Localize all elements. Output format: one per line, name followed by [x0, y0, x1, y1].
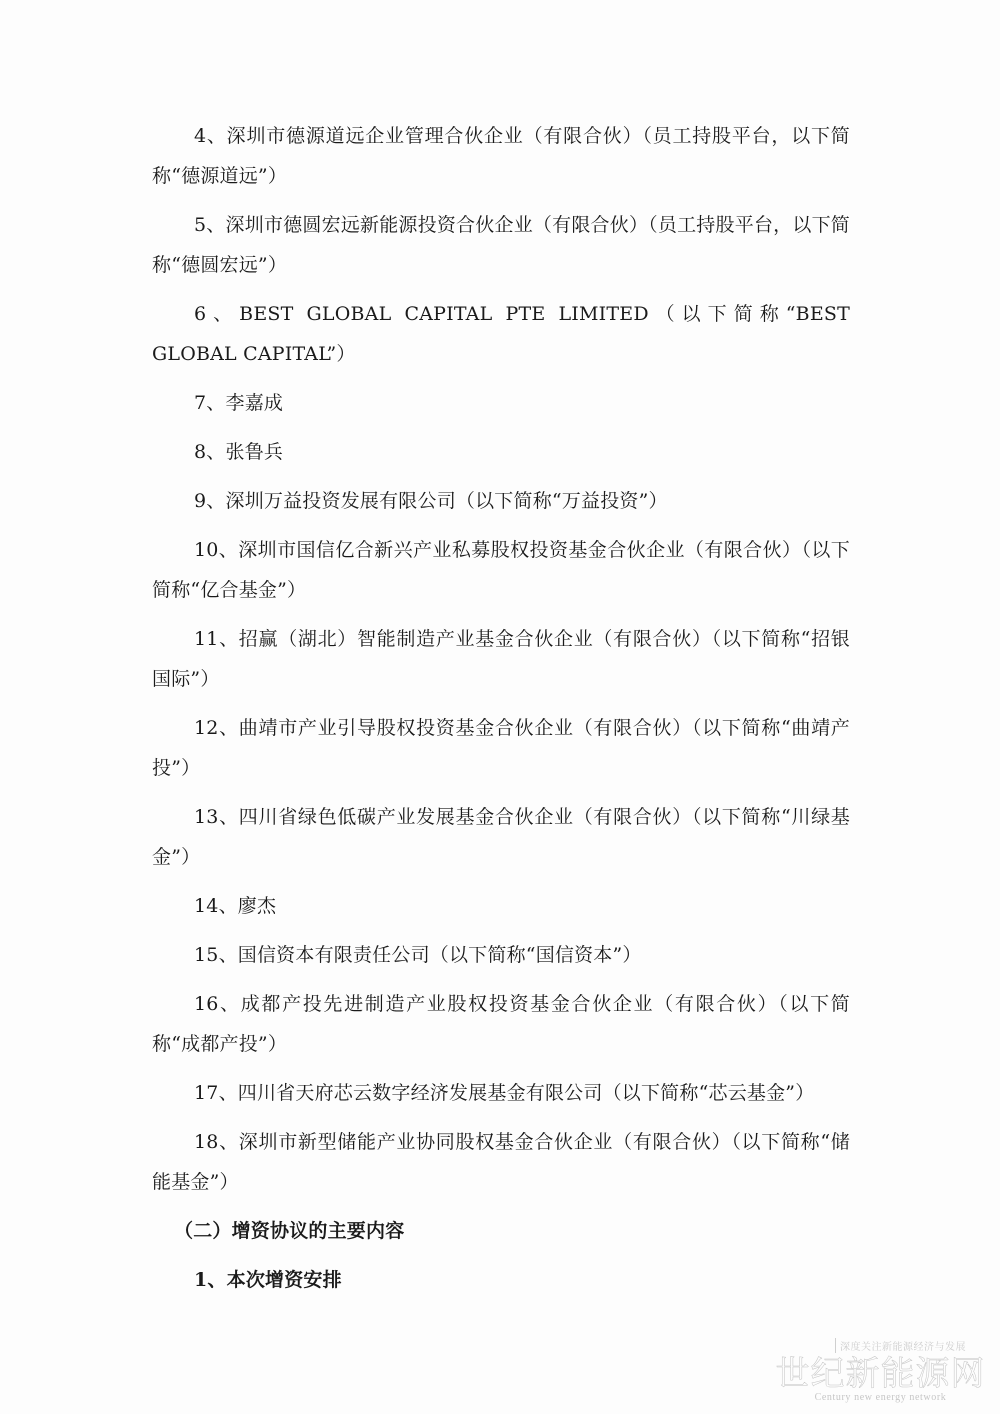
- section-heading: （二）增资协议的主要内容: [152, 1211, 850, 1251]
- list-item-11: 11、招赢（湖北）智能制造产业基金合伙企业（有限合伙）（以下简称“招银国际”）: [152, 619, 850, 699]
- list-item-9: 9、深圳万益投资发展有限公司（以下简称“万益投资”）: [152, 481, 850, 521]
- list-item-4: 4、深圳市德源道远企业管理合伙企业（有限合伙）（员工持股平台，以下简称“德源道远…: [152, 116, 850, 196]
- list-item-5: 5、深圳市德圆宏远新能源投资合伙企业（有限合伙）（员工持股平台，以下简称“德圆宏…: [152, 205, 850, 285]
- subsection-heading: 1、本次增资安排: [152, 1260, 850, 1300]
- list-item-15: 15、国信资本有限责任公司（以下简称“国信资本”）: [152, 935, 850, 975]
- watermark-tagline: 深度关注新能源经济与发展: [835, 1338, 970, 1353]
- list-item-12: 12、曲靖市产业引导股权投资基金合伙企业（有限合伙）（以下简称“曲靖产投”）: [152, 708, 850, 788]
- list-item-14: 14、廖杰: [152, 886, 850, 926]
- site-watermark: 深度关注新能源经济与发展 世纪新能源网 Century new energy n…: [768, 1335, 993, 1403]
- list-item-7: 7、李嘉成: [152, 383, 850, 423]
- list-item-8: 8、张鲁兵: [152, 432, 850, 472]
- list-item-13: 13、四川省绿色低碳产业发展基金合伙企业（有限合伙）（以下简称“川绿基金”）: [152, 797, 850, 877]
- list-item-16: 16、成都产投先进制造产业股权投资基金合伙企业（有限合伙）（以下简称“成都产投”…: [152, 984, 850, 1064]
- list-item-6: 6、BEST GLOBAL CAPITAL PTE LIMITED（以下简称“B…: [152, 294, 850, 374]
- list-item-17: 17、四川省天府芯云数字经济发展基金有限公司（以下简称“芯云基金”）: [152, 1073, 850, 1113]
- document-body: 4、深圳市德源道远企业管理合伙企业（有限合伙）（员工持股平台，以下简称“德源道远…: [152, 116, 850, 1309]
- watermark-title: 世纪新能源网: [768, 1354, 993, 1394]
- list-item-18: 18、深圳市新型储能产业协同股权基金合伙企业（有限合伙）（以下简称“储能基金”）: [152, 1122, 850, 1202]
- list-item-10: 10、深圳市国信亿合新兴产业私募股权投资基金合伙企业（有限合伙）（以下简称“亿合…: [152, 530, 850, 610]
- document-page: 4、深圳市德源道远企业管理合伙企业（有限合伙）（员工持股平台，以下简称“德源道远…: [0, 0, 1000, 1414]
